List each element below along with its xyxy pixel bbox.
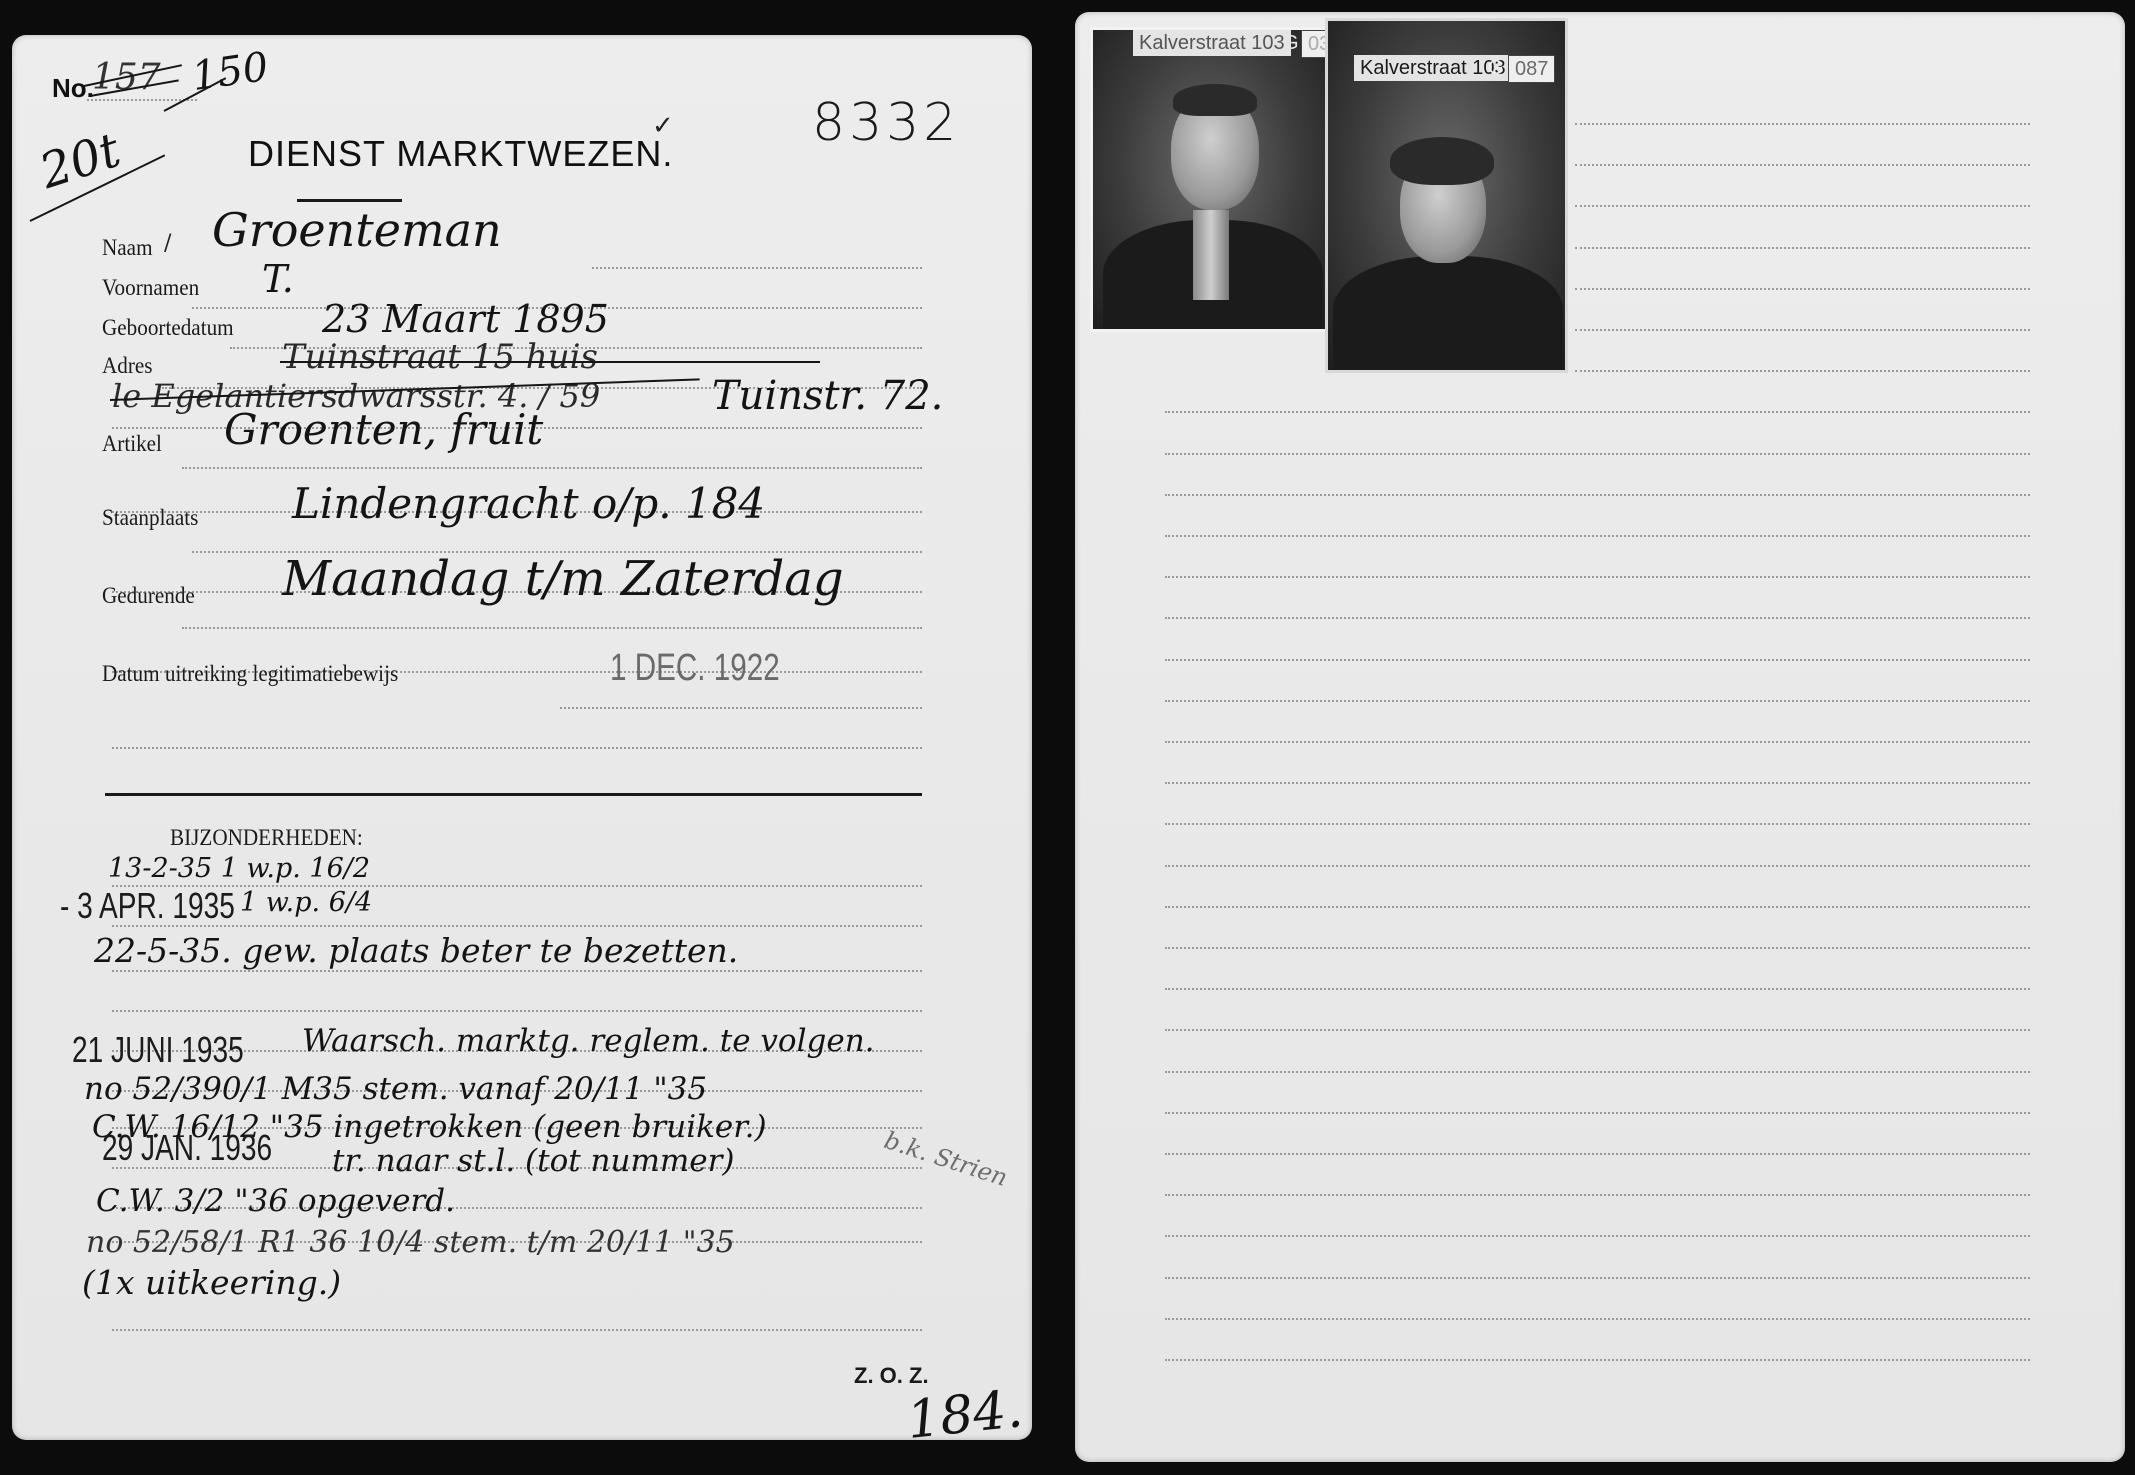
photo-plate-letter: G xyxy=(1283,30,1299,56)
dotted-line xyxy=(1575,123,2030,125)
entry-text: Waarsch. marktg. reglem. te volgen. xyxy=(302,1023,875,1059)
photo-man: Kalverstraat 103 G 031 xyxy=(1090,27,1328,332)
dotted-line xyxy=(1165,1235,2030,1237)
entry-text: 22-5-35. gew. plaats beter te bezetten. xyxy=(94,931,738,970)
entry-stamp: - 3 APR. 1935 xyxy=(60,885,235,927)
side-note: b.k. Strien xyxy=(881,1126,1011,1192)
dotted-line xyxy=(1165,1318,2030,1320)
strike-line xyxy=(280,361,820,363)
dotted-line xyxy=(1165,1153,2030,1155)
photo-figure-hair xyxy=(1390,137,1494,185)
dotted-line xyxy=(592,267,922,269)
card-title: DIENST MARKTWEZEN. xyxy=(248,133,673,175)
dotted-line xyxy=(1165,494,2030,496)
dotted-line xyxy=(182,627,922,629)
dotted-line xyxy=(1165,1112,2030,1114)
value-naam: Groenteman xyxy=(212,203,502,257)
photo-plate-number: 031 xyxy=(1301,30,1328,58)
entry-stamp: 29 JAN. 1936 xyxy=(102,1127,272,1169)
footer-number: 184. xyxy=(904,1379,1025,1451)
dotted-line xyxy=(1165,906,2030,908)
dotted-line xyxy=(1575,370,2030,372)
dotted-line xyxy=(1165,1359,2030,1361)
photo-figure-scarf xyxy=(1193,210,1229,300)
entry-text: 1 w.p. 6/4 xyxy=(240,887,372,918)
dotted-line xyxy=(1165,1071,2030,1073)
dotted-line xyxy=(1575,329,2030,331)
photo-figure-hair xyxy=(1173,84,1257,116)
back-card: Kalverstraat 103 G 031 Kalverstraat 103 … xyxy=(1075,12,2125,1462)
dotted-line xyxy=(1165,947,2030,949)
entry-text: C.W. 3/2 "36 opgeverd. xyxy=(96,1183,455,1219)
label-voornamen: Voornamen xyxy=(102,275,199,301)
dotted-line xyxy=(1575,164,2030,166)
dotted-line xyxy=(1165,865,2030,867)
dotted-line xyxy=(1165,535,2030,537)
photo-figure-body xyxy=(1333,256,1563,373)
label-naam: Naam xyxy=(102,235,153,261)
dotted-line xyxy=(1165,576,2030,578)
margin-note: 20t xyxy=(33,122,127,200)
dotted-line xyxy=(1165,823,2030,825)
entry-text: no 52/390/1 M35 stem. vanaf 20/11 "35 xyxy=(84,1071,707,1107)
title-rule xyxy=(297,199,402,202)
bijzonderheden-heading: BIJZONDERHEDEN: xyxy=(170,825,363,851)
label-geboortedatum: Geboortedatum xyxy=(102,315,234,341)
entry-stamp: 21 JUNI 1935 xyxy=(72,1029,244,1071)
entry-text: tr. naar st.l. (tot nummer) xyxy=(332,1143,735,1179)
dotted-line xyxy=(1165,1277,2030,1279)
check-mark: / xyxy=(164,231,171,256)
value-gedurende: Maandag t/m Zaterdag xyxy=(282,551,844,607)
label-gedurende: Gedurende xyxy=(102,583,195,609)
value-staanplaats: Lindengracht o/p. 184 xyxy=(292,479,765,528)
dotted-line xyxy=(560,707,922,709)
entry-text: (1x uitkeering.) xyxy=(82,1263,341,1302)
dotted-line xyxy=(1165,411,2030,413)
dotted-line xyxy=(1165,453,2030,455)
dotted-line xyxy=(112,970,922,972)
section-rule xyxy=(105,793,922,796)
dotted-line xyxy=(1165,700,2030,702)
check-mark: ✓ xyxy=(652,111,674,141)
dotted-line xyxy=(1165,659,2030,661)
footer-label: Z. O. Z. xyxy=(854,1363,929,1389)
value-artikel: Groenten, fruit xyxy=(224,405,543,454)
dotted-line xyxy=(1165,617,2030,619)
dotted-line xyxy=(1165,1029,2030,1031)
label-datum-uitreiking: Datum uitreiking legitimatiebewijs xyxy=(102,661,398,687)
dotted-line xyxy=(1165,1194,2030,1196)
dotted-line xyxy=(182,467,922,469)
file-number: 8332 xyxy=(812,93,960,153)
dotted-line xyxy=(1165,741,2030,743)
value-datum-uitreiking: 1 DEC. 1922 xyxy=(610,647,780,690)
dotted-line xyxy=(1575,205,2030,207)
dotted-line xyxy=(1165,782,2030,784)
dotted-line xyxy=(112,747,922,749)
label-staanplaats: Staanplaats xyxy=(102,505,198,531)
front-card: No. 157 150 20t DIENST MARKTWEZEN. ✓ 833… xyxy=(12,35,1032,1440)
dotted-line xyxy=(1575,288,2030,290)
label-adres: Adres xyxy=(102,353,153,379)
dotted-line xyxy=(1575,247,2030,249)
photo-plate-number: 087 xyxy=(1508,55,1555,83)
photo-woman: Kalverstraat 103 G 087 xyxy=(1325,18,1568,373)
photo-plate-letter: G xyxy=(1488,55,1504,81)
value-adres-struck-1: Tuinstraat 15 huis xyxy=(282,337,598,377)
value-voornamen: T. xyxy=(262,257,294,301)
dotted-line xyxy=(112,1329,922,1331)
photo-plate-text: Kalverstraat 103 xyxy=(1133,30,1291,56)
dotted-line xyxy=(1165,988,2030,990)
dotted-line xyxy=(112,1010,922,1012)
value-adres: Tuinstr. 72. xyxy=(712,373,943,419)
value-geboortedatum: 23 Maart 1895 xyxy=(322,297,609,341)
label-artikel: Artikel xyxy=(102,431,162,457)
entry-text: no 52/58/1 R1 36 10/4 stem. t/m 20/11 "3… xyxy=(86,1225,735,1260)
entry-text: 13-2-35 1 w.p. 16/2 xyxy=(108,853,370,884)
